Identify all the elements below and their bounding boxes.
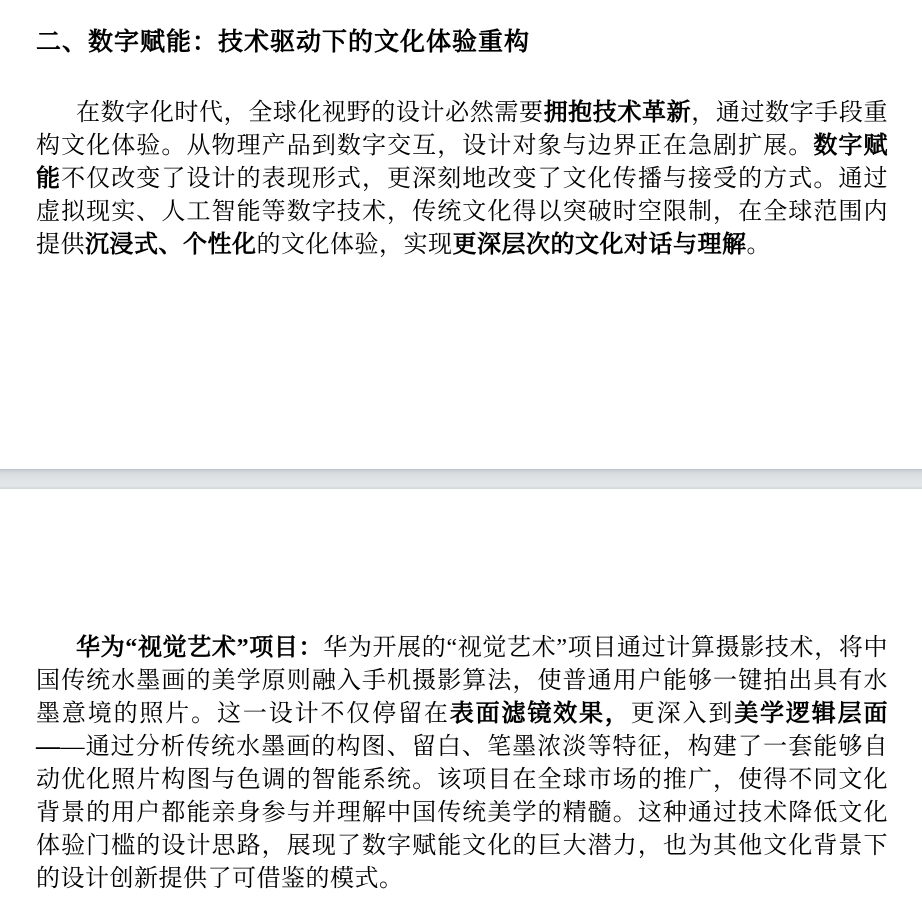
bold-text-run: 更深层次的文化对话与理解 <box>453 232 747 258</box>
paragraph-digital-empowerment[interactable]: 在数字化时代，全球化视野的设计必然需要拥抱技术革新，通过数字手段重构文化体验。从… <box>36 97 888 262</box>
text-run: 在数字化时代，全球化视野的设计必然需要 <box>76 100 544 126</box>
bold-text-run: 沉浸式、个性化 <box>85 232 257 258</box>
text-run: 。 <box>747 232 772 258</box>
page-break-gap <box>0 469 922 489</box>
paragraph-huawei-visual-art[interactable]: 华为“视觉艺术”项目：华为开展的“视觉艺术”项目通过计算摄影技术，将中国传统水墨… <box>36 489 888 896</box>
bold-text-run: 华为“视觉艺术”项目： <box>76 635 323 661</box>
text-run: —通过分析传统水墨画的构图、留白、笔墨浓淡等特征，构建了一套能够自动优化照片构图… <box>36 734 888 892</box>
document-canvas: 二、数字赋能：技术驱动下的文化体验重构 在数字化时代，全球化视野的设计必然需要拥… <box>0 0 922 912</box>
bold-text-run: 拥抱技术革新 <box>544 100 692 126</box>
page-1: 二、数字赋能：技术驱动下的文化体验重构 在数字化时代，全球化视野的设计必然需要拥… <box>0 0 922 469</box>
text-run: 的文化体验，实现 <box>257 232 453 258</box>
section-heading[interactable]: 二、数字赋能：技术驱动下的文化体验重构 <box>36 0 888 57</box>
text-run: 更深入到 <box>631 701 734 727</box>
page-2: 华为“视觉艺术”项目：华为开展的“视觉艺术”项目通过计算摄影技术，将中国传统水墨… <box>0 489 922 912</box>
bold-text-run: 表面滤镜效果， <box>450 701 631 727</box>
